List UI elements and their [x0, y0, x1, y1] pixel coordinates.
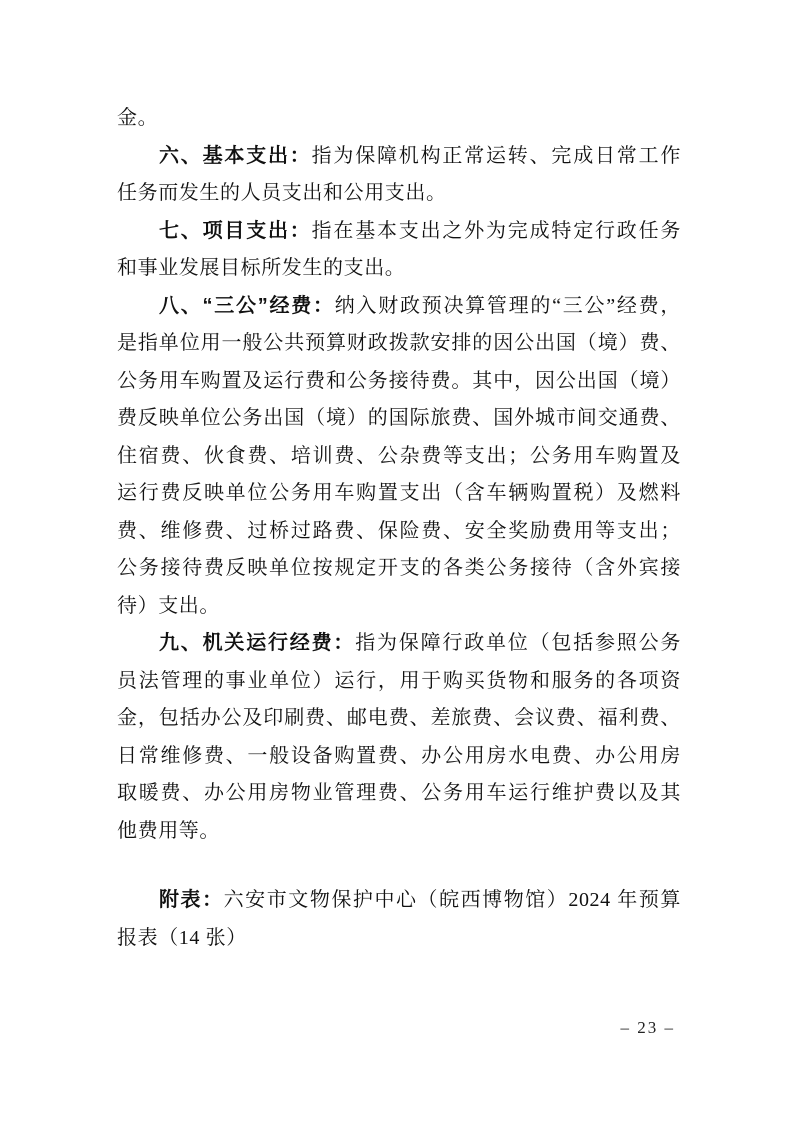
- text-run: 日常维修费、一般设备购置费、办公用房水电费、办公用房: [117, 745, 681, 767]
- heading-run: 附表：: [159, 889, 224, 911]
- text-line: 费、维修费、过桥过路费、保险费、安全奖励费用等支出；: [117, 513, 681, 551]
- text-line: 金，包括办公及印刷费、邮电费、差旅费、会议费、福利费、: [117, 700, 681, 738]
- text-run: 指为保障机构正常运转、完成日常工作: [312, 145, 681, 167]
- heading-run: 七、项目支出：: [159, 220, 312, 242]
- page-number: – 23 –: [621, 1018, 676, 1038]
- text-line: 报表（14 张）: [117, 920, 681, 958]
- text-run: 他费用等。: [117, 820, 220, 842]
- text-run: 六安市文物保护中心（皖西博物馆）2024 年预算: [224, 889, 681, 911]
- text-line: 是指单位用一般公共预算财政拨款安排的因公出国（境）费、: [117, 325, 681, 363]
- text-run: 员法管理的事业单位）运行，用于购买货物和服务的各项资: [117, 670, 681, 692]
- text-run: 住宿费、伙食费、培训费、公杂费等支出；公务用车购置及: [117, 445, 681, 467]
- heading-run: 九、机关运行经费：: [159, 632, 355, 654]
- text-line: 日常维修费、一般设备购置费、办公用房水电费、办公用房: [117, 738, 681, 776]
- text-run: 报表（14 张）: [117, 927, 247, 949]
- text-line: 附表：六安市文物保护中心（皖西博物馆）2024 年预算: [117, 882, 681, 920]
- text-run: 费反映单位公务出国（境）的国际旅费、国外城市间交通费、: [117, 407, 681, 429]
- text-run: 公务用车购置及运行费和公务接待费。其中，因公出国（境）: [117, 370, 681, 392]
- text-run: 公务接待费反映单位按规定开支的各类公务接待（含外宾接: [117, 557, 681, 579]
- text-run: 运行费反映单位公务用车购置支出（含车辆购置税）及燃料: [117, 482, 681, 504]
- document-body: 金。六、基本支出：指为保障机构正常运转、完成日常工作任务而发生的人员支出和公用支…: [117, 100, 681, 957]
- text-run: 指在基本支出之外为完成特定行政任务: [312, 220, 681, 242]
- text-line: 六、基本支出：指为保障机构正常运转、完成日常工作: [117, 138, 681, 176]
- text-line: 公务用车购置及运行费和公务接待费。其中，因公出国（境）: [117, 363, 681, 401]
- text-line: 八、“三公”经费：纳入财政预决算管理的“三公”经费，: [117, 288, 681, 326]
- text-line: 运行费反映单位公务用车购置支出（含车辆购置税）及燃料: [117, 475, 681, 513]
- heading-run: 八、“三公”经费：: [159, 295, 335, 317]
- text-run: 任务而发生的人员支出和公用支出。: [117, 182, 447, 204]
- text-line: 待）支出。: [117, 588, 681, 626]
- paragraph-gap: [117, 850, 681, 882]
- text-run: 费、维修费、过桥过路费、保险费、安全奖励费用等支出；: [117, 520, 681, 542]
- text-line: 员法管理的事业单位）运行，用于购买货物和服务的各项资: [117, 663, 681, 701]
- text-run: 纳入财政预决算管理的“三公”经费，: [335, 295, 681, 317]
- page-number-label: – 23 –: [621, 1018, 676, 1037]
- text-line: 住宿费、伙食费、培训费、公杂费等支出；公务用车购置及: [117, 438, 681, 476]
- text-run: 取暖费、办公用房物业管理费、公务用车运行维护费以及其: [117, 782, 681, 804]
- text-line: 和事业发展目标所发生的支出。: [117, 250, 681, 288]
- heading-run: 六、基本支出：: [159, 145, 312, 167]
- text-line: 金。: [117, 100, 681, 138]
- text-line: 公务接待费反映单位按规定开支的各类公务接待（含外宾接: [117, 550, 681, 588]
- text-run: 金，包括办公及印刷费、邮电费、差旅费、会议费、福利费、: [117, 707, 681, 729]
- text-run: 是指单位用一般公共预算财政拨款安排的因公出国（境）费、: [117, 332, 681, 354]
- text-run: 指为保障行政单位（包括参照公务: [355, 632, 681, 654]
- text-line: 任务而发生的人员支出和公用支出。: [117, 175, 681, 213]
- text-run: 金。: [117, 107, 158, 129]
- text-line: 取暖费、办公用房物业管理费、公务用车运行维护费以及其: [117, 775, 681, 813]
- text-line: 七、项目支出：指在基本支出之外为完成特定行政任务: [117, 213, 681, 251]
- document-page: 金。六、基本支出：指为保障机构正常运转、完成日常工作任务而发生的人员支出和公用支…: [0, 0, 793, 1122]
- text-line: 他费用等。: [117, 813, 681, 851]
- text-line: 费反映单位公务出国（境）的国际旅费、国外城市间交通费、: [117, 400, 681, 438]
- text-line: 九、机关运行经费：指为保障行政单位（包括参照公务: [117, 625, 681, 663]
- text-run: 和事业发展目标所发生的支出。: [117, 257, 405, 279]
- text-run: 待）支出。: [117, 595, 220, 617]
